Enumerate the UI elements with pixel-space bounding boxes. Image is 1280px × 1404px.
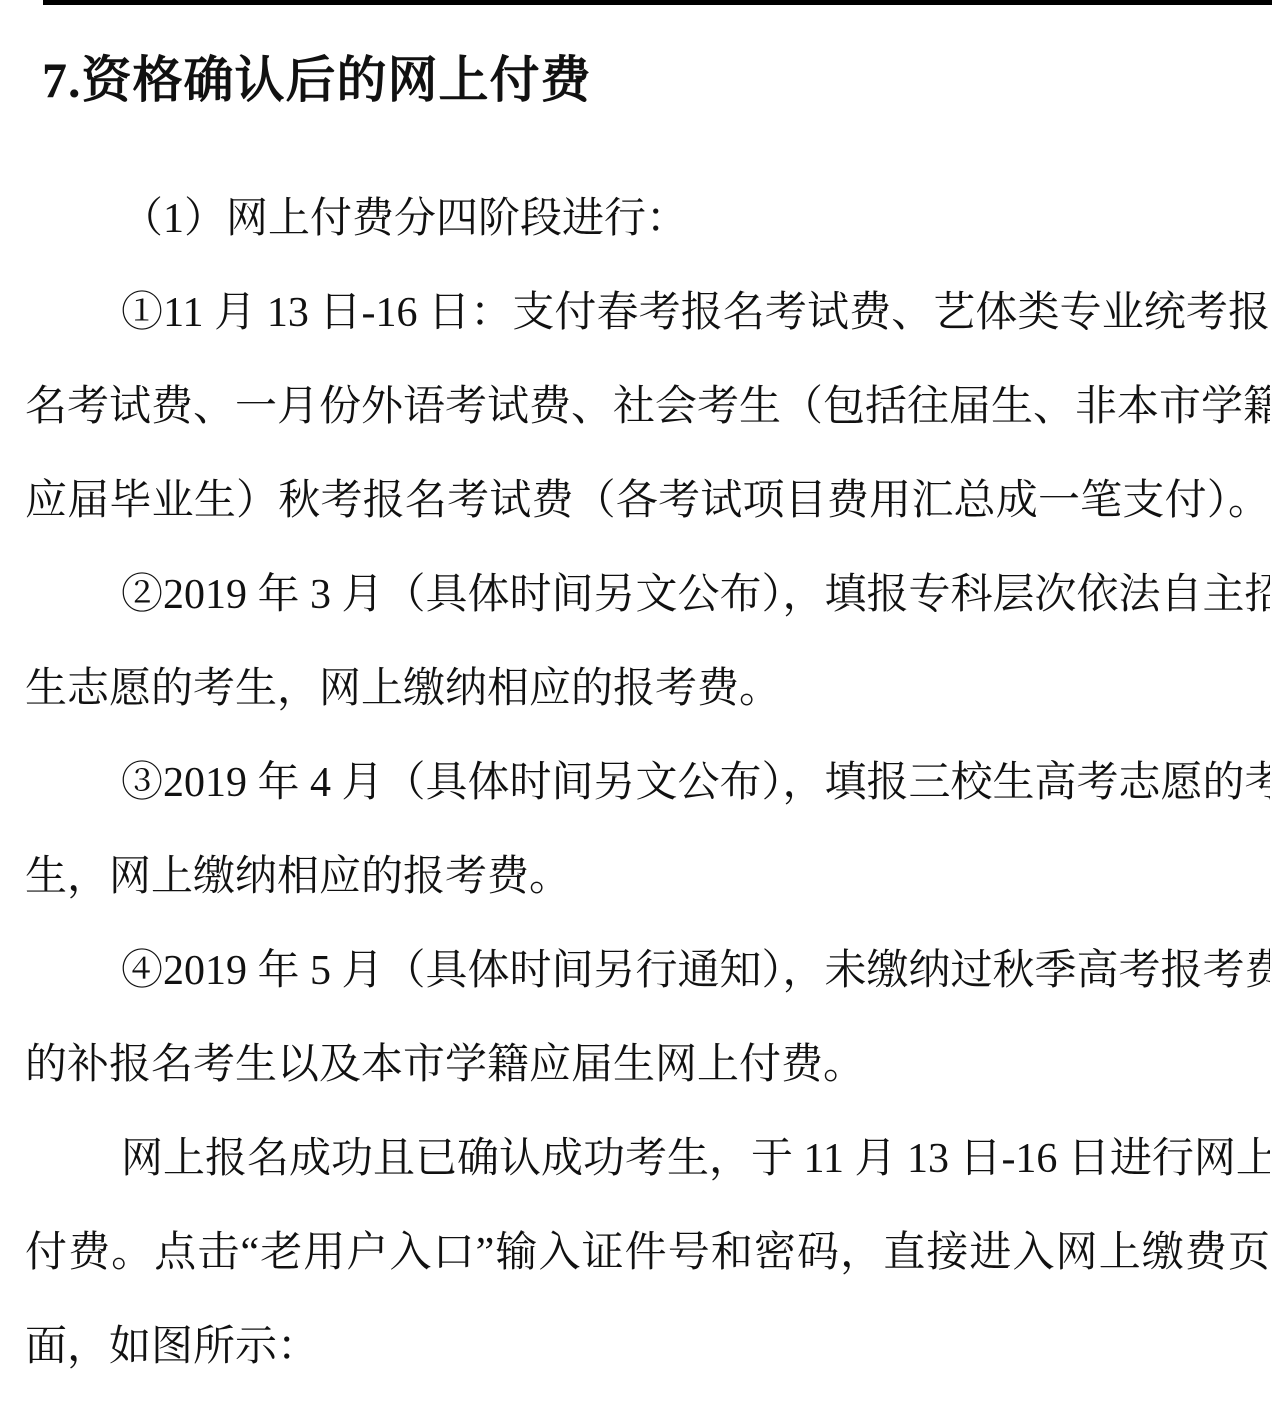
text-line: 网上报名成功且已确认成功考生，于 11 月 13 日-16 日进行网上 (25, 1112, 1270, 1206)
top-border-rule (43, 0, 1272, 5)
document-page: 7.资格确认后的网上付费 （1）网上付费分四阶段进行：①11 月 13 日-16… (0, 0, 1280, 1404)
text-line: 面，如图所示： (25, 1300, 1270, 1394)
paragraph: ③2019 年 4 月（具体时间另文公布），填报三校生高考志愿的考生，网上缴纳相… (25, 736, 1270, 924)
paragraph: 网上报名成功且已确认成功考生，于 11 月 13 日-16 日进行网上付费。点击… (25, 1112, 1270, 1394)
text-line: 的补报名考生以及本市学籍应届生网上付费。 (25, 1018, 1270, 1112)
text-line: ④2019 年 5 月（具体时间另行通知），未缴纳过秋季高考报考费 (25, 924, 1270, 1018)
paragraph: ②2019 年 3 月（具体时间另文公布），填报专科层次依法自主招生志愿的考生，… (25, 548, 1270, 736)
paragraph: ④2019 年 5 月（具体时间另行通知），未缴纳过秋季高考报考费的补报名考生以… (25, 924, 1270, 1112)
text-line: ③2019 年 4 月（具体时间另文公布），填报三校生高考志愿的考 (25, 736, 1270, 830)
text-line: ②2019 年 3 月（具体时间另文公布），填报专科层次依法自主招 (25, 548, 1270, 642)
text-line: （1）网上付费分四阶段进行： (25, 172, 1270, 266)
text-line: 应届毕业生）秋考报名考试费（各考试项目费用汇总成一笔支付）。 (25, 454, 1270, 548)
text-line: 生志愿的考生，网上缴纳相应的报考费。 (25, 642, 1270, 736)
text-line: ①11 月 13 日-16 日：支付春考报名考试费、艺体类专业统考报 (25, 266, 1270, 360)
text-line: 生，网上缴纳相应的报考费。 (25, 830, 1270, 924)
section-heading: 7.资格确认后的网上付费 (42, 50, 592, 110)
paragraph: ①11 月 13 日-16 日：支付春考报名考试费、艺体类专业统考报名考试费、一… (25, 266, 1270, 548)
text-line: 名考试费、一月份外语考试费、社会考生（包括往届生、非本市学籍 (25, 360, 1270, 454)
body-text: （1）网上付费分四阶段进行：①11 月 13 日-16 日：支付春考报名考试费、… (25, 172, 1270, 1394)
paragraph: （1）网上付费分四阶段进行： (25, 172, 1270, 266)
text-line: 付费。点击“老用户入口”输入证件号和密码，直接进入网上缴费页 (25, 1206, 1270, 1300)
